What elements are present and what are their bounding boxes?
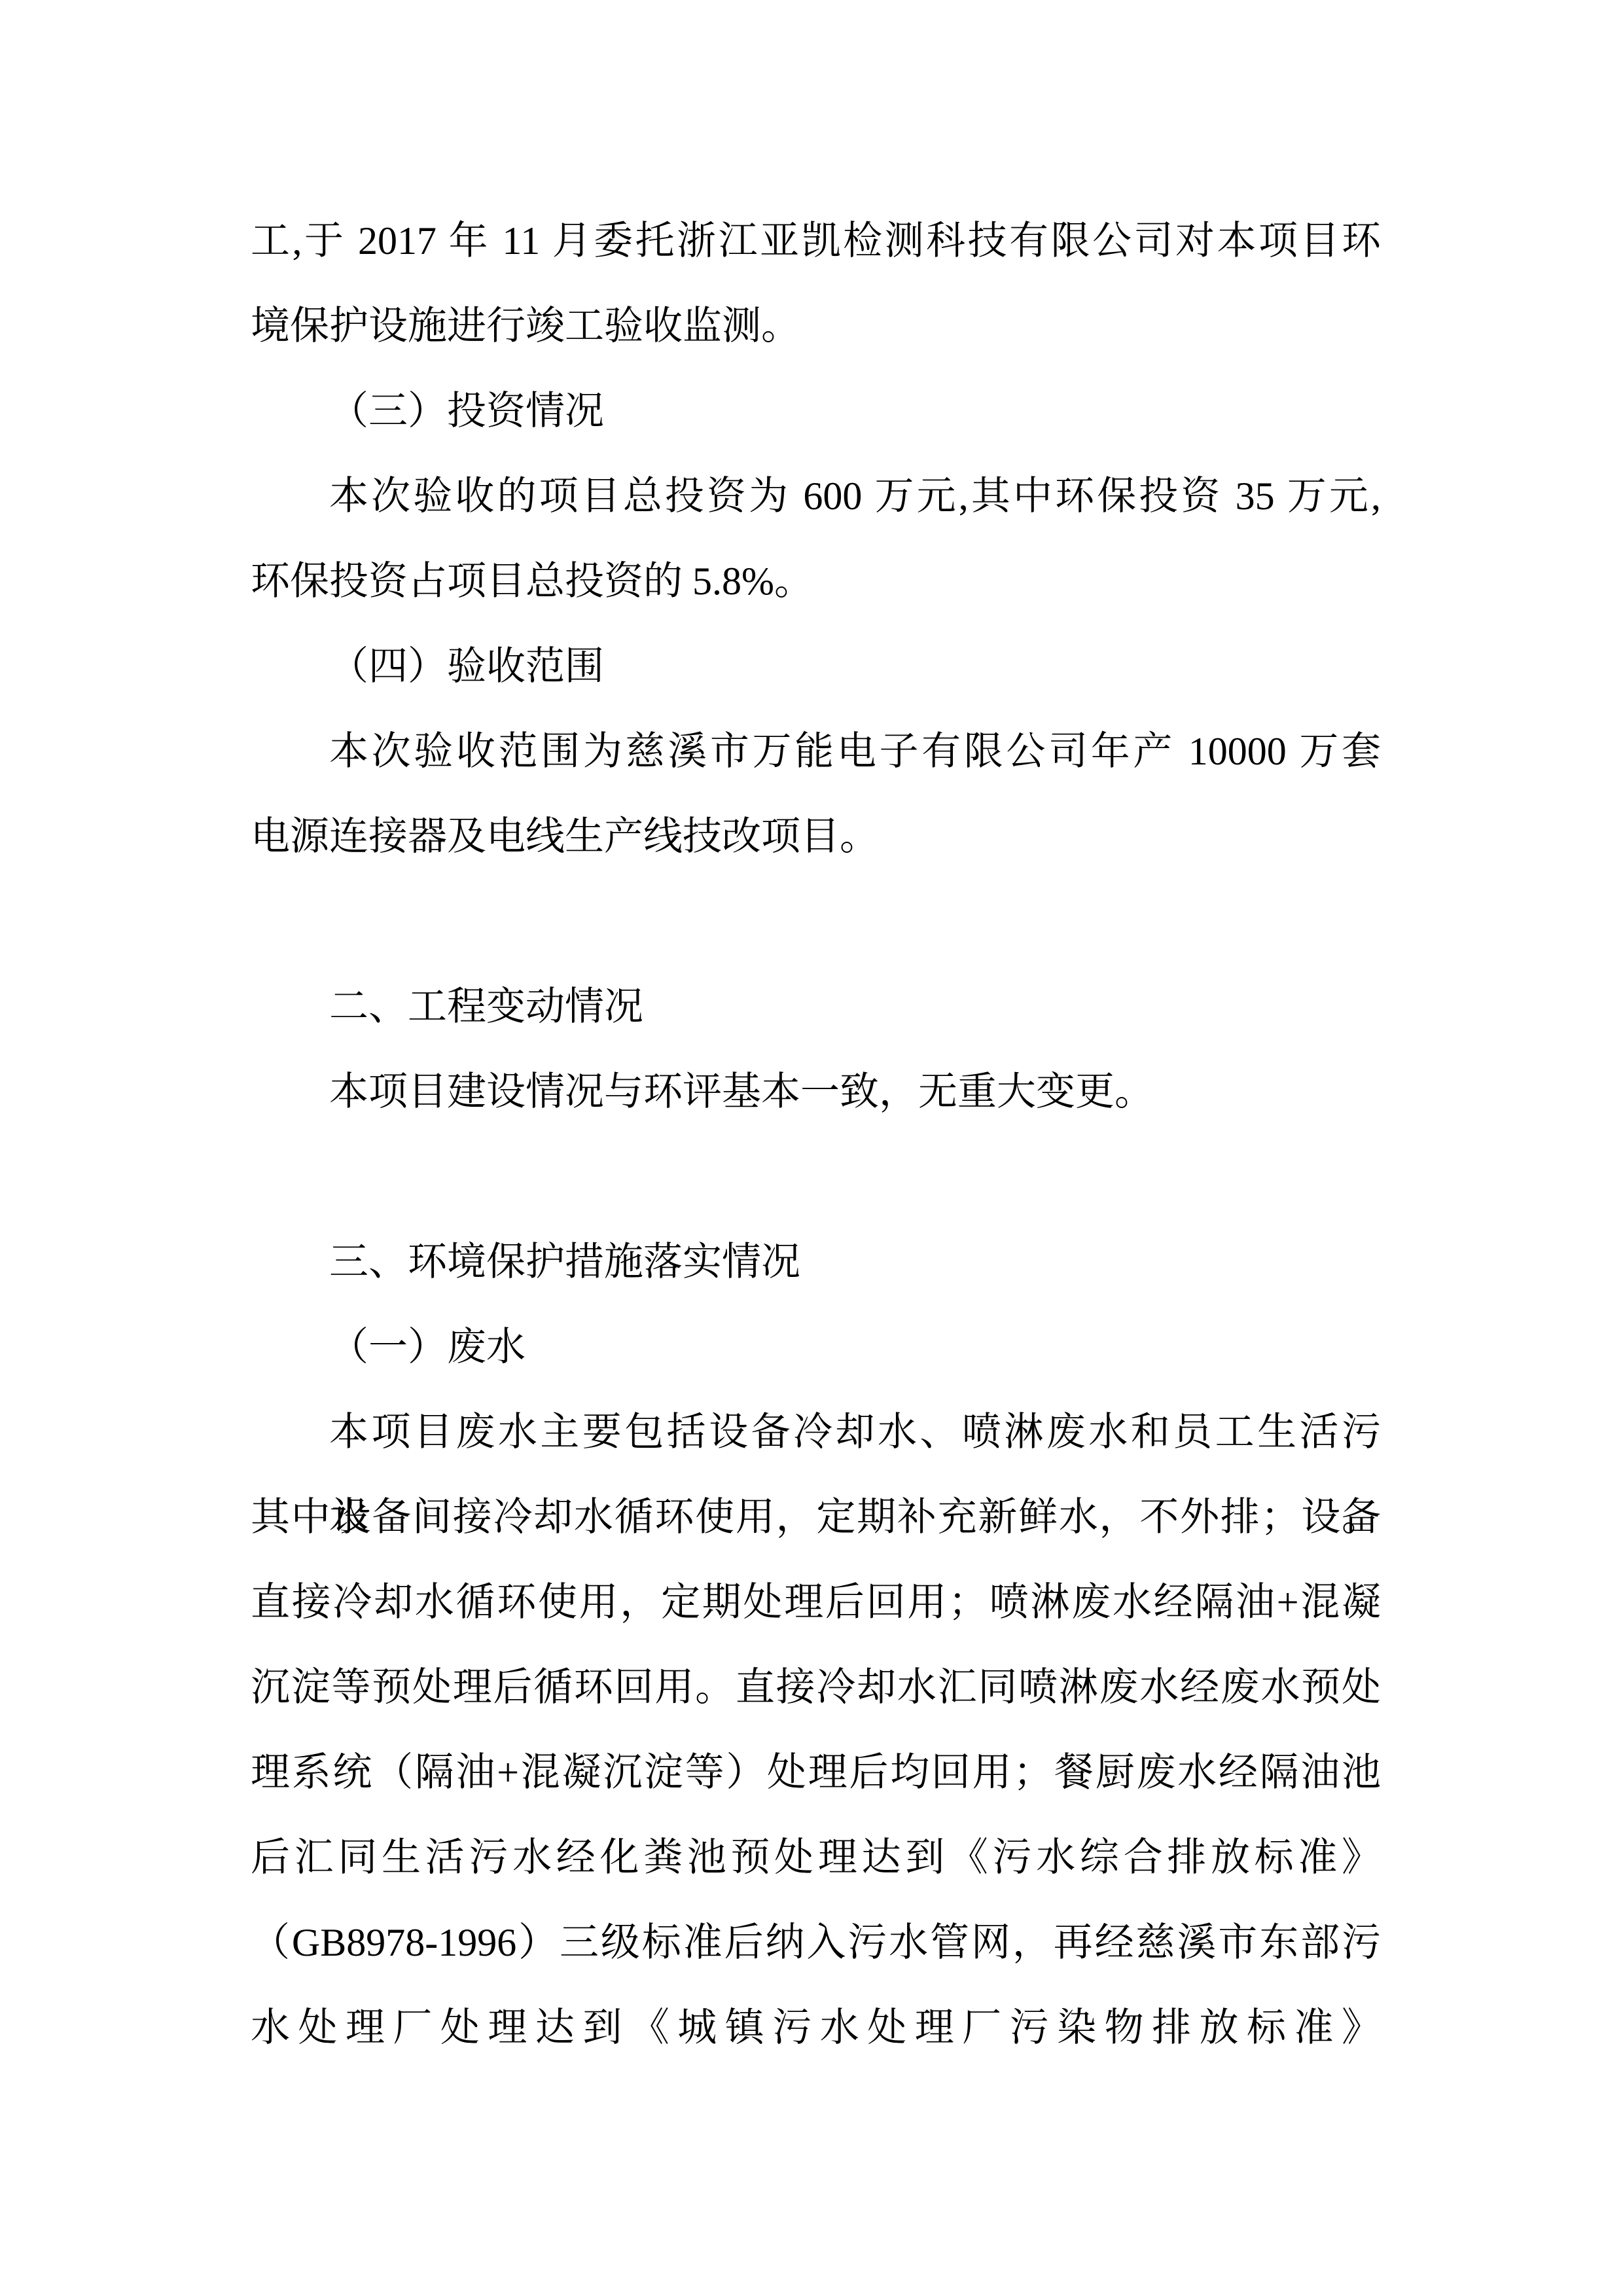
text-line: 其中设备间接冷却水循环使用，定期补充新鲜水，不外排；设备 [251, 1475, 1381, 1560]
text-line: 理系统（隔油+混凝沉淀等）处理后均回用；餐厨废水经隔油池 [251, 1730, 1381, 1815]
text-block: 工,于 2017 年 11 月委托浙江亚凯检测科技有限公司对本项目环境保护设施进… [251, 198, 1381, 2070]
text-line: 工,于 2017 年 11 月委托浙江亚凯检测科技有限公司对本项目环 [251, 198, 1381, 283]
text-line: 本次验收范围为慈溪市万能电子有限公司年产 10000 万套 [251, 709, 1381, 794]
text-line: 三、环境保护措施落实情况 [251, 1219, 1381, 1304]
text-line: 境保护设施进行竣工验收监测。 [251, 283, 1381, 368]
text-line: 本次验收的项目总投资为 600 万元,其中环保投资 35 万元, [251, 454, 1381, 539]
text-line: 环保投资占项目总投资的 5.8%。 [251, 539, 1381, 624]
text-line: （三）投资情况 [251, 368, 1381, 454]
text-line: 二、工程变动情况 [251, 964, 1381, 1049]
text-line: 水处理厂处理达到《城镇污水处理厂污染物排放标准》 [251, 1985, 1381, 2070]
blank-line [251, 879, 1381, 964]
text-line: 沉淀等预处理后循环回用。直接冷却水汇同喷淋废水经废水预处 [251, 1645, 1381, 1730]
text-line: 本项目废水主要包括设备冷却水、喷淋废水和员工生活污水。 [251, 1390, 1381, 1475]
document-page: 工,于 2017 年 11 月委托浙江亚凯检测科技有限公司对本项目环境保护设施进… [0, 0, 1623, 2296]
text-line: （四）验收范围 [251, 624, 1381, 709]
text-line: 直接冷却水循环使用，定期处理后回用；喷淋废水经隔油+混凝 [251, 1560, 1381, 1645]
text-line: 本项目建设情况与环评基本一致，无重大变更。 [251, 1049, 1381, 1134]
text-line: 电源连接器及电线生产线技改项目。 [251, 794, 1381, 879]
text-line: （GB8978-1996）三级标准后纳入污水管网，再经慈溪市东部污 [251, 1900, 1381, 1985]
text-line: （一）废水 [251, 1304, 1381, 1390]
text-line: 后汇同生活污水经化粪池预处理达到《污水综合排放标准》 [251, 1815, 1381, 1900]
blank-line [251, 1134, 1381, 1219]
